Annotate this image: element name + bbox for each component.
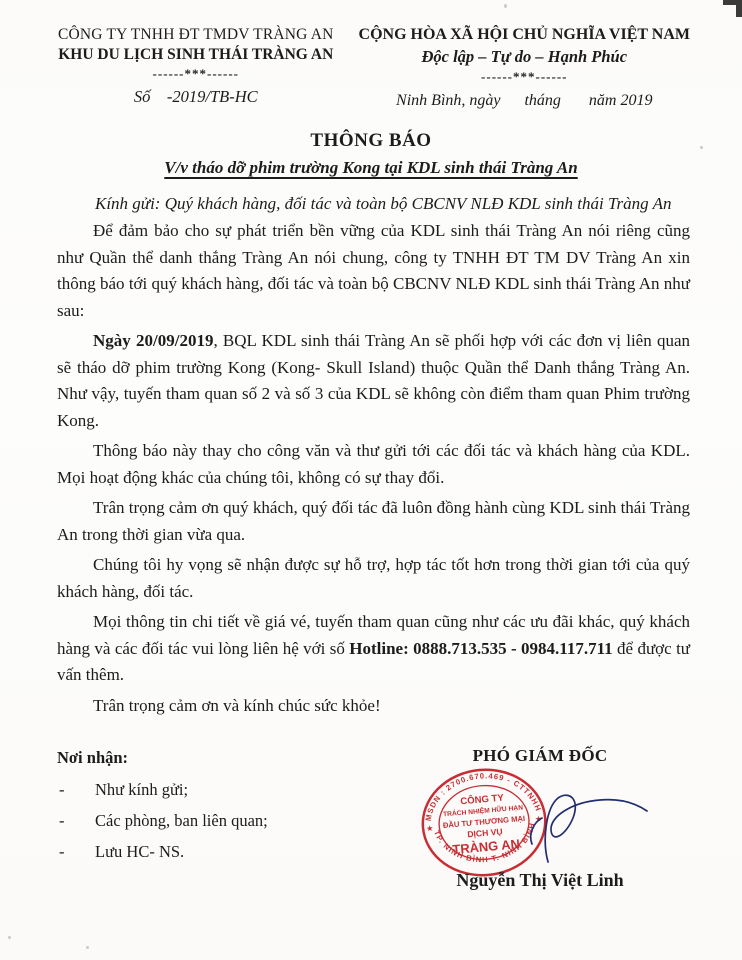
document-header: CÔNG TY TNHH ĐT TMDV TRÀNG AN KHU DU LỊC… (0, 0, 742, 110)
recipients-block: Nơi nhận: - Như kính gửi; - Các phòng, b… (57, 748, 268, 862)
paragraph-2: Ngày 20/09/2019, BQL KDL sinh thái Tràng… (57, 328, 690, 434)
paragraph-6: Mọi thông tin chi tiết về giá vé, tuyến … (57, 609, 690, 689)
national-motto: Độc lập – Tự do – Hạnh Phúc (352, 47, 697, 67)
issuer-block: CÔNG TY TNHH ĐT TMDV TRÀNG AN KHU DU LỊC… (40, 26, 352, 110)
document-subject: V/v tháo dỡ phim trường Kong tại KDL sin… (0, 158, 742, 178)
handwritten-signature (518, 778, 670, 870)
separator-ornament: ------***------ (40, 66, 352, 82)
document-page: CÔNG TY TNHH ĐT TMDV TRÀNG AN KHU DU LỊC… (0, 0, 742, 960)
scan-speck (86, 946, 89, 949)
recipient-item: - Các phòng, ban liên quan; (57, 811, 268, 831)
company-name: CÔNG TY TNHH ĐT TMDV TRÀNG AN (40, 26, 352, 44)
recipients-title: Nơi nhận: (57, 748, 268, 768)
paragraph-1: Để đảm bảo cho sự phát triển bền vững củ… (57, 218, 690, 324)
document-title: THÔNG BÁO (0, 130, 742, 152)
stamp-line-1: CÔNG TY (460, 792, 505, 808)
recipient-item: - Như kính gửi; (57, 780, 268, 800)
dash-bullet: - (57, 842, 95, 862)
signature-stroke-icon (518, 778, 670, 870)
salutation-line: Kính gửi: Quý khách hàng, đối tác và toà… (0, 194, 742, 214)
stamp-star-left-icon: ★ (426, 824, 434, 834)
paragraph-3: Thông báo này thay cho công văn và thư g… (57, 438, 690, 491)
signer-name: Nguyễn Thị Việt Linh (430, 870, 650, 891)
paragraph-4: Trân trọng cảm ơn quý khách, quý đối tác… (57, 495, 690, 548)
dash-bullet: - (57, 780, 95, 800)
separator-ornament: ------***------ (352, 69, 697, 85)
scan-speck (8, 936, 11, 939)
document-body: Để đảm bảo cho sự phát triển bền vững củ… (0, 218, 742, 719)
paragraph-2-date: Ngày 20/09/2019 (93, 331, 213, 350)
scan-corner-artifact (723, 0, 742, 17)
document-subject-text: V/v tháo dỡ phim trường Kong tại KDL sin… (164, 158, 577, 177)
recipient-label: Các phòng, ban liên quan; (95, 811, 268, 831)
reference-number: Số -2019/TB-HC (40, 87, 352, 107)
scan-speck (504, 4, 507, 8)
place-and-date: Ninh Bình, ngày tháng năm 2019 (352, 92, 697, 110)
national-header-block: CỘNG HÒA XÃ HỘI CHỦ NGHĨA VIỆT NAM Độc l… (352, 26, 697, 110)
recipient-label: Lưu HC- NS. (95, 842, 184, 862)
recipient-label: Như kính gửi; (95, 780, 188, 800)
dash-bullet: - (57, 811, 95, 831)
paragraph-5: Chúng tôi hy vọng sẽ nhận được sự hỗ trợ… (57, 552, 690, 605)
national-title: CỘNG HÒA XÃ HỘI CHỦ NGHĨA VIỆT NAM (352, 26, 697, 44)
hotline-numbers: Hotline: 0888.713.535 - 0984.117.711 (349, 639, 612, 658)
recipient-item: - Lưu HC- NS. (57, 842, 268, 862)
scan-speck (700, 146, 703, 149)
company-unit: KHU DU LỊCH SINH THÁI TRÀNG AN (40, 46, 352, 64)
closing-line: Trân trọng cảm ơn và kính chúc sức khỏe! (57, 693, 690, 720)
